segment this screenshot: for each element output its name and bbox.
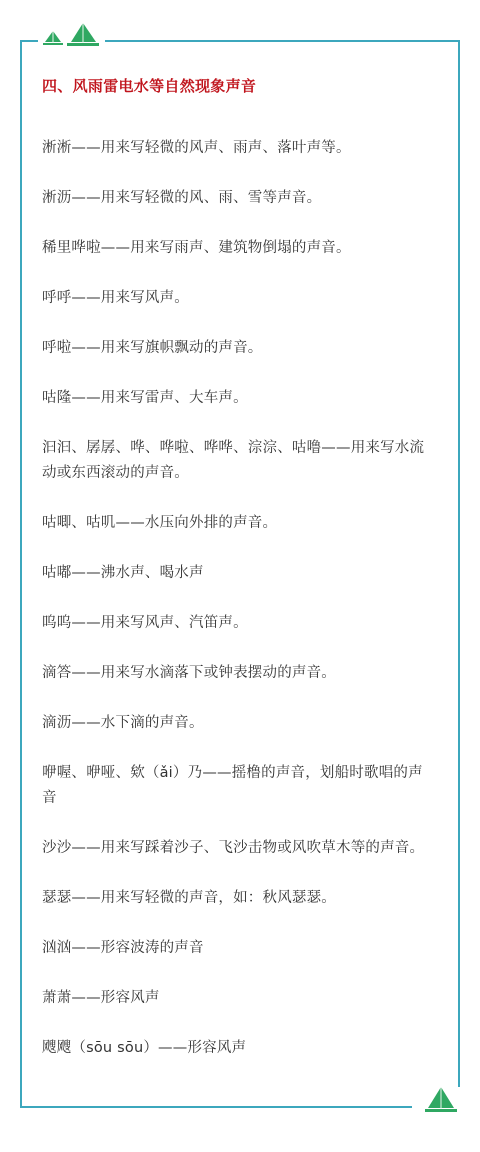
entry-item: 呼啦——用来写旗帜飘动的声音。 (42, 336, 437, 361)
sailboat-icon-small (42, 30, 64, 46)
article-content: 四、风雨雷电水等自然现象声音 淅淅——用来写轻微的风声、雨声、落叶声等。 淅沥—… (42, 74, 437, 1086)
entry-item: 咕隆——用来写雷声、大车声。 (42, 386, 437, 411)
entry-item: 呼呼——用来写风声。 (42, 286, 437, 311)
entry-item: 沙沙——用来写踩着沙子、飞沙击物或风吹草木等的声音。 (42, 836, 437, 861)
entry-item: 稀里哗啦——用来写雨声、建筑物倒塌的声音。 (42, 236, 437, 261)
entry-item: 咕嘟——沸水声、喝水声 (42, 561, 437, 586)
entry-item: 萧萧——形容风声 (42, 986, 437, 1011)
entry-item: 瑟瑟——用来写轻微的声音，如：秋风瑟瑟。 (42, 886, 437, 911)
entry-item: 淅沥——用来写轻微的风、雨、雪等声音。 (42, 186, 437, 211)
entry-item: 滴沥——水下滴的声音。 (42, 711, 437, 736)
frame-border-top-right (105, 40, 460, 42)
entry-item: 咿喔、咿哑、欸（ǎi）乃——摇橹的声音，划船时歌唱的声音 (42, 761, 437, 811)
section-heading: 四、风雨雷电水等自然现象声音 (42, 74, 437, 98)
entry-item: 汹汹——形容波涛的声音 (42, 936, 437, 961)
frame-border-bottom (20, 1106, 412, 1108)
sailboat-icon-bottom (423, 1085, 459, 1115)
frame-border-right (458, 40, 460, 1087)
frame-border-top-left (20, 40, 38, 42)
entry-item: 咕唧、咕叽——水压向外排的声音。 (42, 511, 437, 536)
entry-item: 滴答——用来写水滴落下或钟表摆动的声音。 (42, 661, 437, 686)
entry-item: 飕飕（sōu sōu）——形容风声 (42, 1036, 437, 1061)
frame-border-left (20, 40, 22, 1108)
entry-item: 呜呜——用来写风声、汽笛声。 (42, 611, 437, 636)
entry-item: 汩汩、孱孱、哗、哗啦、哗哗、淙淙、咕噜——用来写水流动或东西滚动的声音。 (42, 436, 437, 486)
entry-item: 淅淅——用来写轻微的风声、雨声、落叶声等。 (42, 136, 437, 161)
sailboat-icon-large (66, 22, 100, 48)
